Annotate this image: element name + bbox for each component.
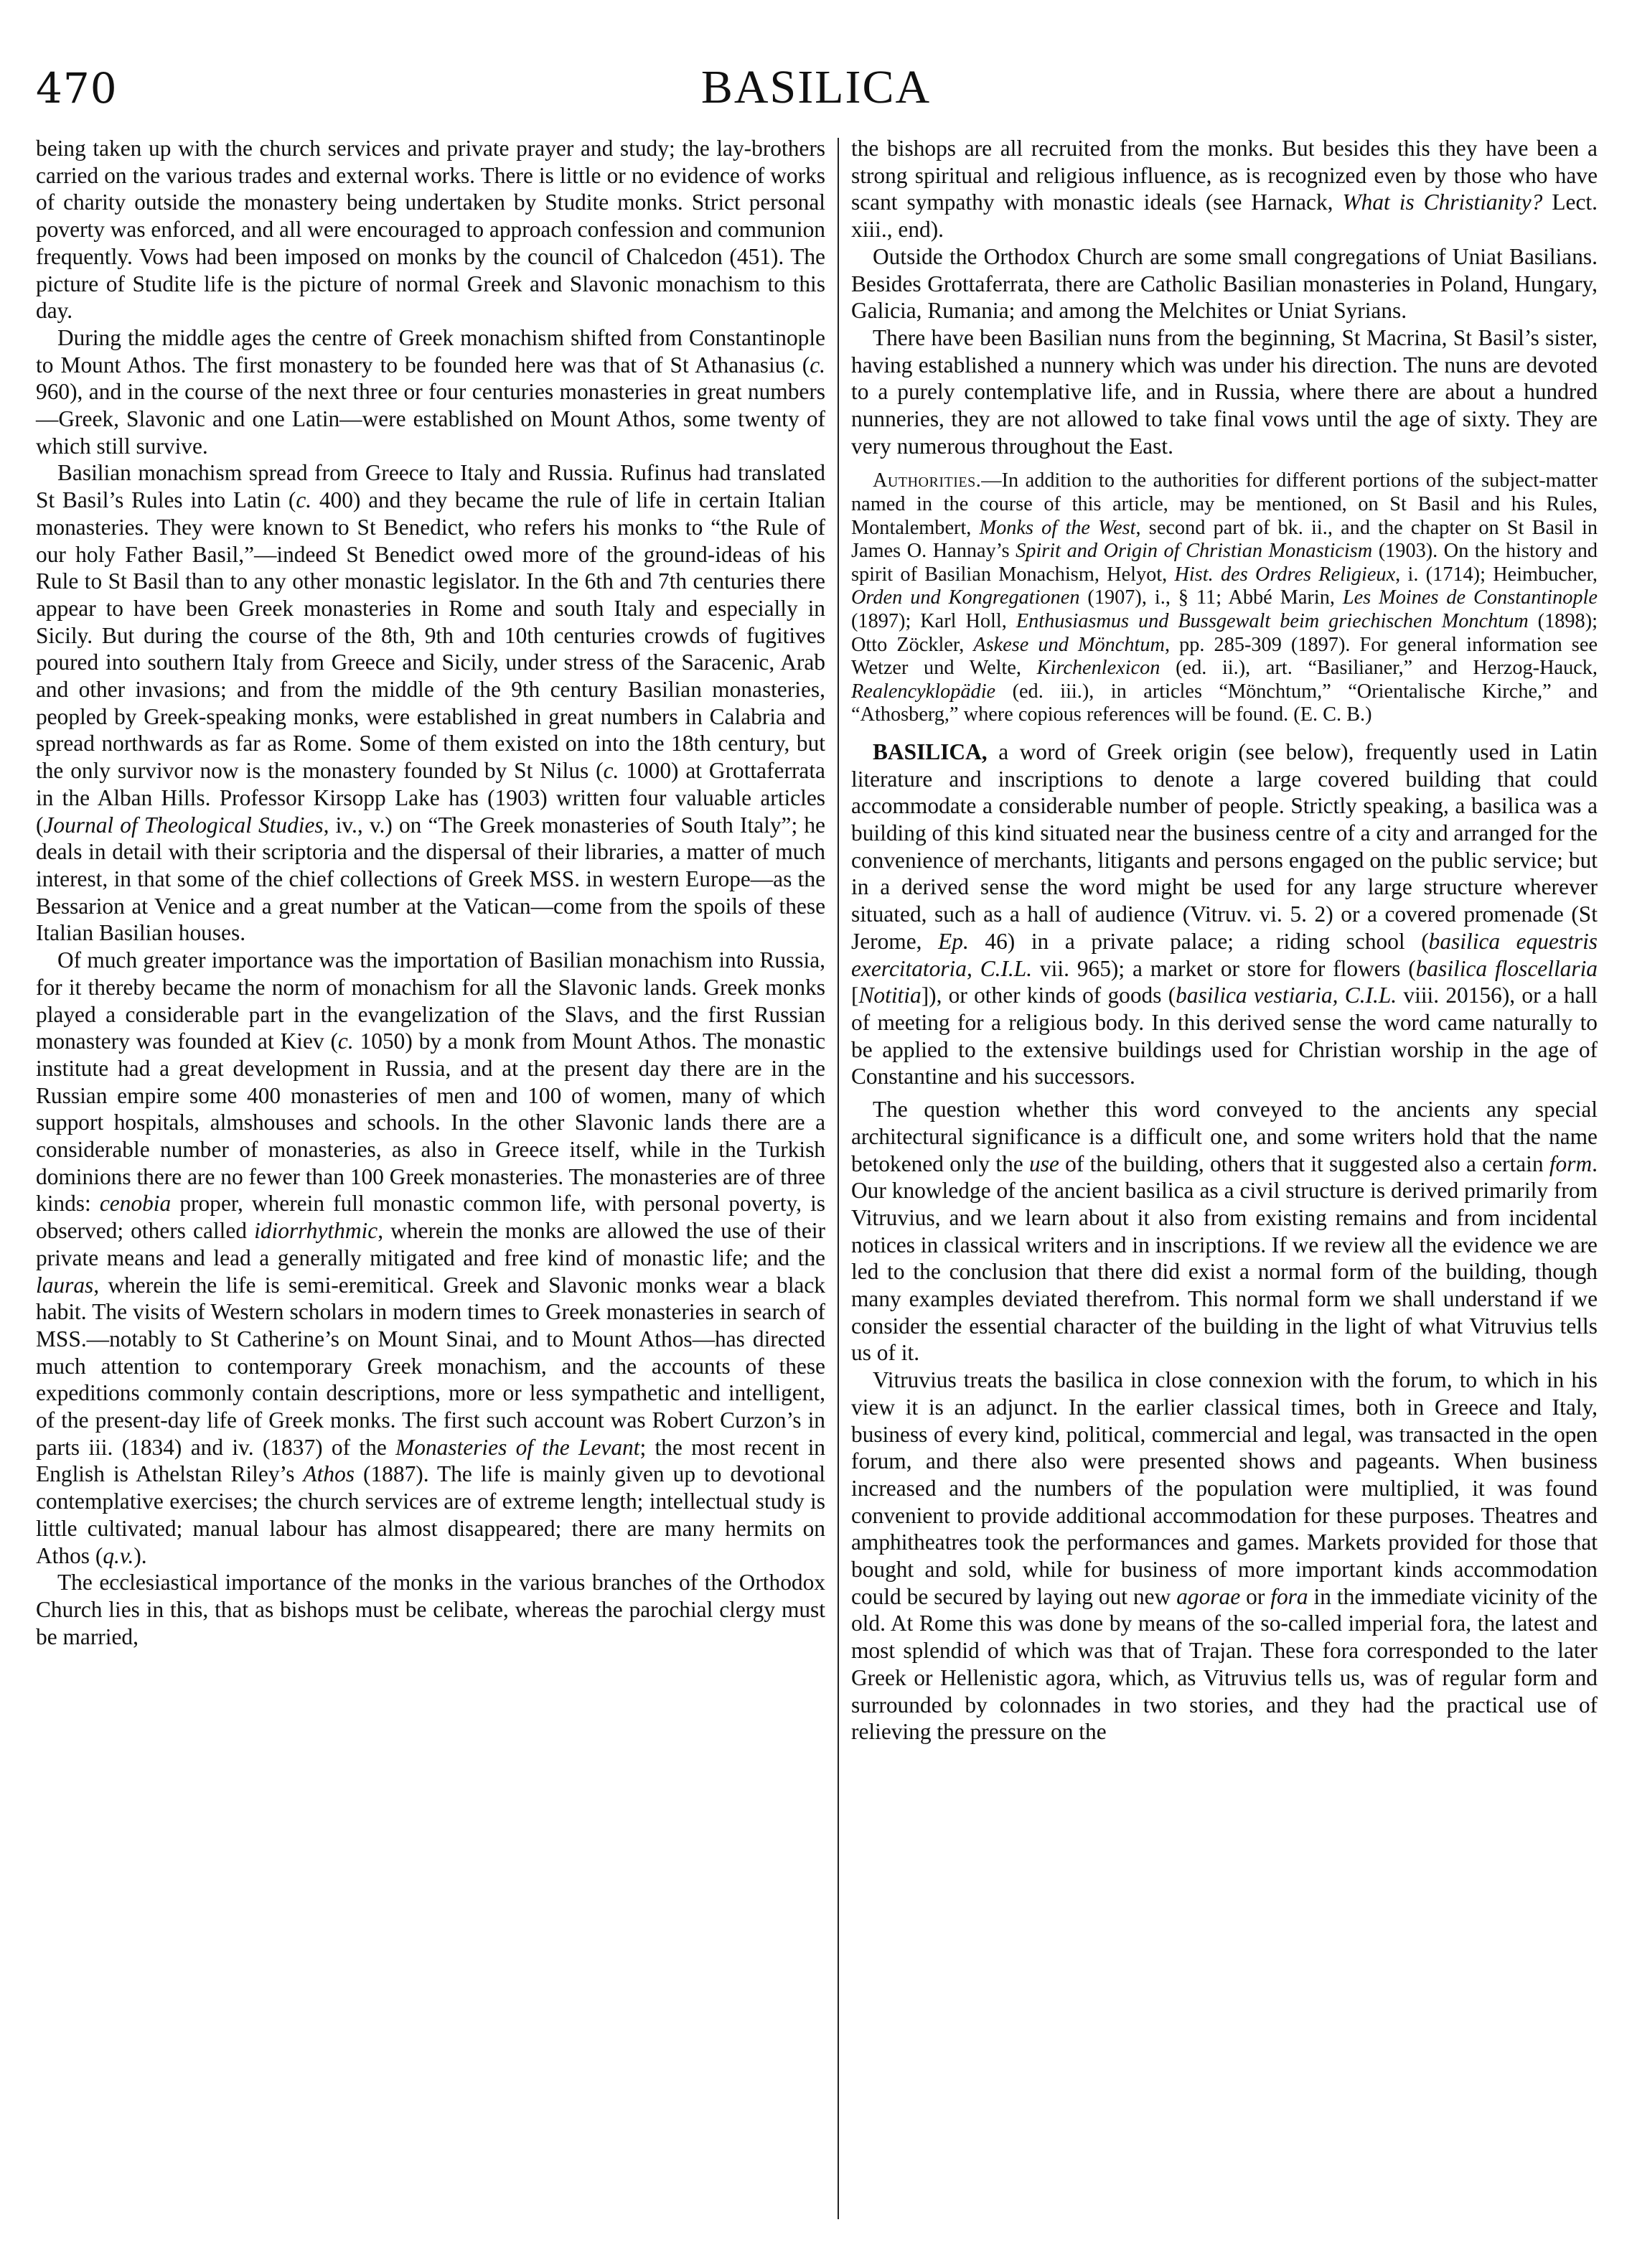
paragraph: Vitruvius treats the basilica in close c… <box>851 1367 1598 1745</box>
running-title: BASILICA <box>0 62 1632 113</box>
paragraph: being taken up with the church services … <box>36 135 825 324</box>
text-segment: During the middle ages the centre of Gre… <box>36 325 825 378</box>
text-segment: c. <box>338 1028 354 1054</box>
text-segment: form <box>1549 1151 1592 1176</box>
text-segment: a word of Greek origin (see below), freq… <box>851 739 1598 954</box>
text-segment: , i. (1714); Heimbucher, <box>1395 563 1598 586</box>
text-segment: or <box>1240 1584 1270 1609</box>
text-segment: lauras <box>36 1273 93 1298</box>
text-segment: c. <box>604 758 619 783</box>
paragraph: During the middle ages the centre of Gre… <box>36 324 825 460</box>
text-segment: Kirchenlexicon <box>1037 657 1160 679</box>
text-segment: ). <box>133 1543 146 1568</box>
right-column: the bishops are all recruited from the m… <box>851 135 1598 1745</box>
text-segment: cenobia <box>100 1191 171 1216</box>
paragraph: Basilian monachism spread from Greece to… <box>36 459 825 947</box>
text-segment: (1907), i., § 11; Abbé Marin, <box>1079 586 1342 609</box>
text-segment: Athos <box>303 1461 355 1486</box>
text-segment: 400) and they became the rule of life in… <box>36 487 825 783</box>
text-segment: Monks of the West <box>980 517 1136 539</box>
left-column: being taken up with the church services … <box>36 135 825 1650</box>
text-segment: Journal of Theological Studies <box>43 812 323 838</box>
text-segment: (ed. ii.), art. “Basilianer,” and Herzog… <box>1160 657 1598 679</box>
column-divider <box>838 138 839 2219</box>
text-segment: Orden und Kongregationen <box>851 586 1079 609</box>
text-segment: Les Moines de Constantinople <box>1343 586 1598 609</box>
paragraph: Outside the Orthodox Church are some sma… <box>851 243 1598 324</box>
paragraph: the bishops are all recruited from the m… <box>851 135 1598 243</box>
text-segment: 46) in a private palace; a riding school… <box>969 929 1429 954</box>
text-segment: Vitruvius treats the basilica in close c… <box>851 1367 1598 1609</box>
text-segment: Notitia <box>858 983 921 1008</box>
text-segment: Hist. des Ordres Religieux <box>1175 563 1396 586</box>
text-segment: 1050) by a monk from Mount Athos. The mo… <box>36 1028 825 1216</box>
text-segment: c. <box>296 487 311 512</box>
text-segment: ]), or other kinds of goods ( <box>921 983 1176 1008</box>
text-segment: basilica vestiaria, C.I.L. <box>1176 983 1397 1008</box>
text-segment: What is Christianity? <box>1343 189 1543 215</box>
text-segment: Ep. <box>938 929 969 954</box>
paragraph: The ecclesiastical importance of the mon… <box>36 1569 825 1650</box>
text-segment: Outside the Orthodox Church are some sma… <box>851 244 1598 323</box>
article-headword: BASILICA, <box>873 739 988 764</box>
text-segment: fora <box>1270 1584 1308 1609</box>
text-segment: of the building, others that it suggeste… <box>1059 1151 1549 1176</box>
paragraph: There have been Basilian nuns from the b… <box>851 324 1598 460</box>
text-segment: agorae <box>1176 1584 1240 1609</box>
text-segment: (1897); Karl Holl, <box>851 610 1016 632</box>
text-segment: The ecclesiastical importance of the mon… <box>36 1570 825 1649</box>
text-segment: There have been Basilian nuns from the b… <box>851 325 1598 459</box>
text-segment: Realencyklopädie <box>851 680 995 703</box>
text-segment: . Our knowledge of the ancient basilica … <box>851 1151 1598 1366</box>
text-segment: being taken up with the church services … <box>36 136 825 323</box>
paragraph: The question whether this word conveyed … <box>851 1096 1598 1367</box>
paragraph: Of much greater importance was the impor… <box>36 947 825 1569</box>
text-segment: vii. 965); a market or store for flowers… <box>1032 956 1416 981</box>
text-segment: [ <box>851 983 858 1008</box>
text-segment: Monasteries of the Levant <box>395 1435 639 1460</box>
paragraph: BASILICA, a word of Greek origin (see be… <box>851 739 1598 1090</box>
section-label: Authorities. <box>873 469 981 492</box>
encyclopedia-page: 470 BASILICA being taken up with the chu… <box>0 0 1632 2268</box>
text-segment: q.v. <box>103 1543 133 1568</box>
text-segment: 960), and in the course of the next thre… <box>36 379 825 458</box>
text-segment: , wherein the life is semi-eremitical. G… <box>36 1273 825 1460</box>
text-segment: Askese und Mönchtum <box>973 634 1165 656</box>
text-segment: Spirit and Origin of Christian Monastici… <box>1016 540 1372 562</box>
text-segment: Enthusiasmus und Bussgewalt beim griechi… <box>1016 610 1529 632</box>
text-segment: c. <box>810 352 825 378</box>
text-segment: idiorrhythmic <box>254 1218 377 1243</box>
text-segment: use <box>1029 1151 1059 1176</box>
paragraph: Authorities.—In addition to the authorit… <box>851 469 1598 727</box>
text-segment: basilica floscellaria <box>1416 956 1598 981</box>
